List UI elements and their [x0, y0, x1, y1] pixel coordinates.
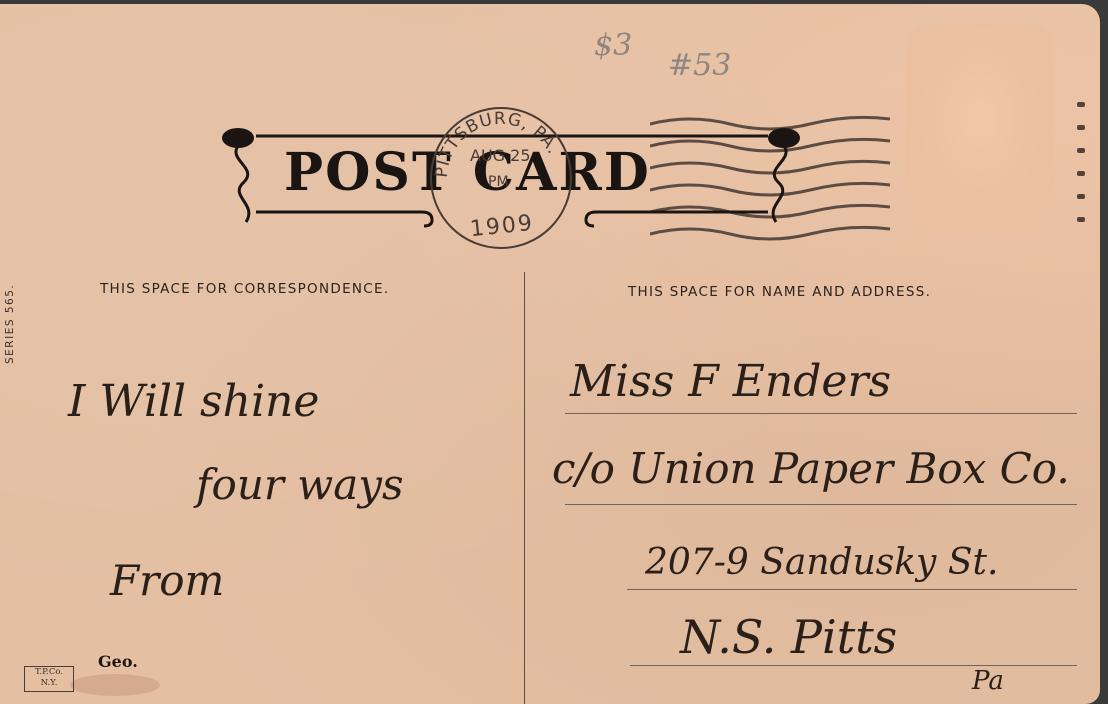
stamp-perforation-marks	[1077, 102, 1089, 240]
pencil-number-note: #53	[668, 48, 731, 83]
address-recipient: Miss F Enders	[570, 356, 891, 407]
postmark-time: PM	[488, 174, 509, 190]
stamp-removed-area	[905, 24, 1055, 234]
address-state: Pa	[972, 666, 1004, 696]
publisher-mark: T.P.Co. N.Y.	[24, 666, 74, 692]
address-city: N.S. Pitts	[680, 610, 897, 664]
address-care-of: c/o Union Paper Box Co.	[552, 444, 1070, 493]
message-line: I Will shine	[68, 376, 319, 427]
message-line: four ways	[196, 460, 404, 509]
ink-stain	[70, 674, 160, 696]
publisher-line: N.Y.	[25, 678, 73, 689]
postmark-date: AUG 25	[470, 146, 531, 165]
address-street: 207-9 Sandusky St.	[645, 542, 998, 583]
correspondence-label: THIS SPACE FOR CORRESPONDENCE.	[100, 281, 389, 297]
address-rule	[630, 665, 1077, 666]
message-line: From	[110, 556, 224, 605]
publisher-line: T.P.Co.	[25, 667, 73, 678]
address-label: THIS SPACE FOR NAME AND ADDRESS.	[628, 284, 931, 300]
address-rule	[627, 589, 1077, 590]
address-rule	[565, 504, 1077, 505]
postcard-back: $3 #53 POST	[0, 4, 1100, 704]
pencil-price-note: $3	[594, 28, 632, 63]
address-rule	[565, 413, 1077, 414]
center-divider	[524, 272, 525, 704]
series-number: SERIES 565.	[4, 284, 16, 364]
svg-text:PITTSBURG, PA.: PITTSBURG, PA.	[432, 109, 564, 179]
signature: Geo.	[98, 652, 138, 671]
